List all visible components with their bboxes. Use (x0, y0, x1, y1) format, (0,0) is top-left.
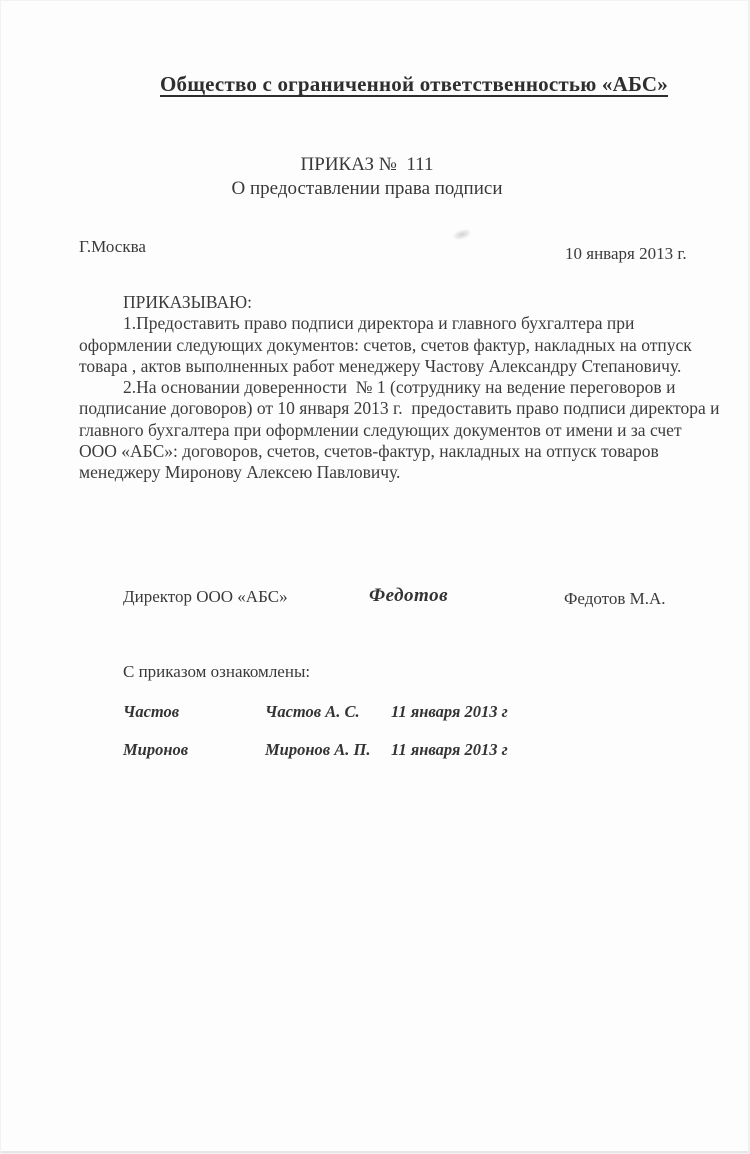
director-role-label: Директор ООО «АБС» (123, 587, 288, 607)
order-number-line: ПРИКАЗ № 111 (6, 153, 728, 177)
director-autograph: Федотов (369, 585, 448, 607)
director-name: Федотов М.А. (564, 589, 666, 609)
order-subject-line: О предоставлении права подписи (6, 177, 728, 201)
ack-autograph: Миронов (123, 740, 188, 760)
scan-edge (748, 1, 749, 1153)
order-paragraph-2: 2.На основании доверенности № 1 (сотрудн… (79, 377, 723, 483)
ack-date: 11 января 2013 г (391, 702, 508, 722)
acknowledgement-row: Частов Частов А. С. 11 января 2013 г (1, 702, 750, 724)
order-body: ПРИКАЗЫВАЮ: 1.Предоставить право подписи… (79, 292, 723, 484)
ack-name: Миронов А. П. (265, 740, 370, 760)
acknowledgement-heading: С приказом ознакомлены: (123, 662, 310, 682)
scanned-order-document: Общество с ограниченной ответственностью… (0, 0, 750, 1154)
scan-edge (1, 1151, 749, 1153)
company-title: Общество с ограниченной ответственностью… (134, 72, 694, 97)
order-heading: ПРИКАЗ № 111 О предоставлении права подп… (6, 153, 728, 201)
command-heading: ПРИКАЗЫВАЮ: (79, 292, 723, 313)
document-date: 10 января 2013 г. (565, 244, 687, 264)
director-signature-row: Директор ООО «АБС» Федотов Федотов М.А. (1, 585, 750, 609)
ack-date: 11 января 2013 г (391, 740, 508, 760)
scan-smudge-artifact (452, 227, 472, 241)
ack-autograph: Частов (123, 702, 179, 722)
order-paragraph-1: 1.Предоставить право подписи директора и… (79, 313, 723, 377)
ack-name: Частов А. С. (265, 702, 360, 722)
document-city: Г.Москва (79, 237, 146, 257)
acknowledgement-row: Миронов Миронов А. П. 11 января 2013 г (1, 740, 750, 762)
